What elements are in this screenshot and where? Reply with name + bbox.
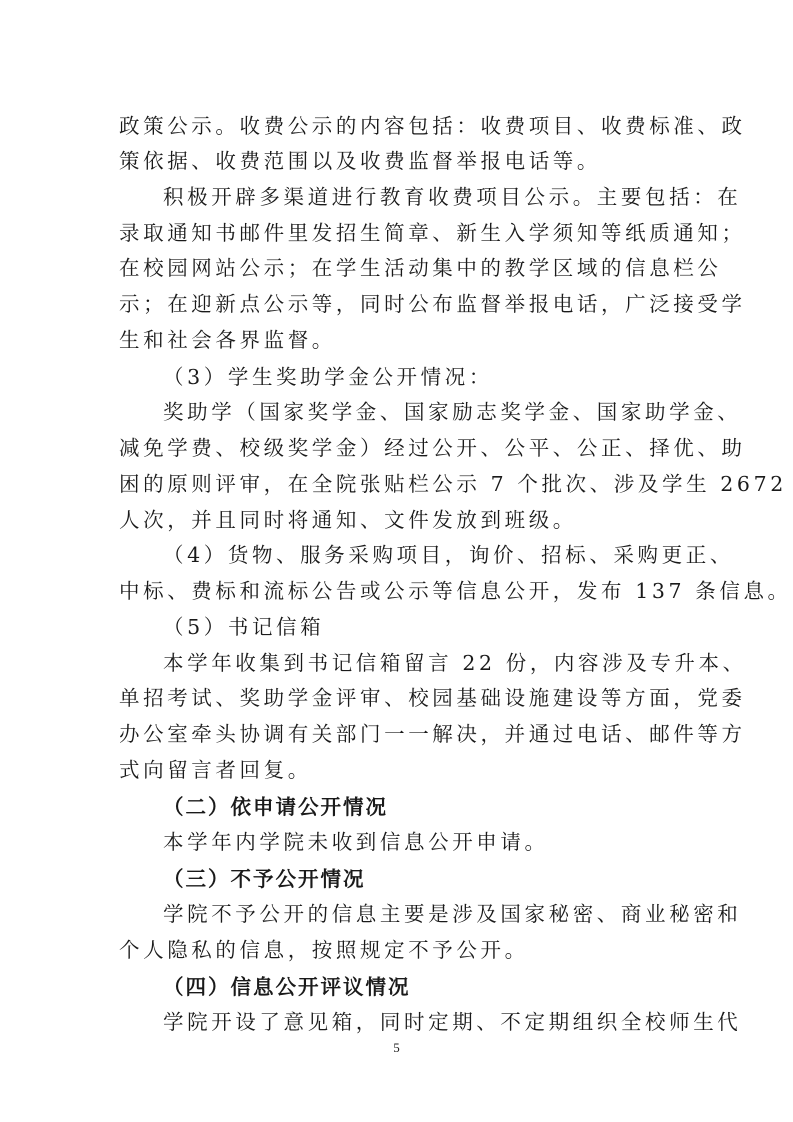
text-line: 人次，并且同时将通知、文件发放到班级。 <box>119 502 679 538</box>
text-line: （4）货物、服务采购项目，询价、招标、采购更正、 <box>163 537 723 573</box>
text-line: 学院开设了意见箱，同时定期、不定期组织全校师生代 <box>163 1004 723 1040</box>
page-number: 5 <box>0 1040 793 1056</box>
text-line: 示；在迎新点公示等，同时公布监督举报电话，广泛接受学 <box>119 286 679 322</box>
text-line: 中标、费标和流标公告或公示等信息公开，发布 137 条信息。 <box>119 573 679 609</box>
text-line: 单招考试、奖助学金评审、校园基础设施建设等方面，党委 <box>119 680 679 716</box>
text-line: 式向留言者回复。 <box>119 752 679 788</box>
text-line: 本学年收集到书记信箱留言 22 份，内容涉及专升本、 <box>163 645 723 681</box>
section-heading: （三）不予公开情况 <box>163 861 723 897</box>
text-line: 政策公示。收费公示的内容包括：收费项目、收费标准、政 <box>119 108 679 144</box>
text-line: 个人隐私的信息，按照规定不予公开。 <box>119 932 679 968</box>
text-line: 减免学费、校级奖学金）经过公开、公平、公正、择优、助 <box>119 430 679 466</box>
text-line: 策依据、收费范围以及收费监督举报电话等。 <box>119 143 679 179</box>
text-line: 学院不予公开的信息主要是涉及国家秘密、商业秘密和 <box>163 896 723 932</box>
text-line: 奖助学（国家奖学金、国家励志奖学金、国家助学金、 <box>163 394 723 430</box>
text-line: 录取通知书邮件里发招生简章、新生入学须知等纸质通知； <box>119 215 679 251</box>
text-line: 办公室牵头协调有关部门一一解决，并通过电话、邮件等方 <box>119 716 679 752</box>
text-line: 生和社会各界监督。 <box>119 322 679 358</box>
section-heading: （四）信息公开评议情况 <box>163 969 723 1005</box>
text-line: 在校园网站公示；在学生活动集中的教学区域的信息栏公 <box>119 250 679 286</box>
text-line: （5）书记信箱 <box>163 609 723 645</box>
text-line: （3）学生奖助学金公开情况： <box>163 359 723 395</box>
document-page: 政策公示。收费公示的内容包括：收费项目、收费标准、政策依据、收费范围以及收费监督… <box>0 0 793 1122</box>
text-line: 积极开辟多渠道进行教育收费项目公示。主要包括：在 <box>163 179 723 215</box>
section-heading: （二）依申请公开情况 <box>163 789 723 825</box>
text-line: 本学年内学院未收到信息公开申请。 <box>163 824 723 860</box>
text-line: 困的原则评审，在全院张贴栏公示 7 个批次、涉及学生 2672 <box>119 466 679 502</box>
